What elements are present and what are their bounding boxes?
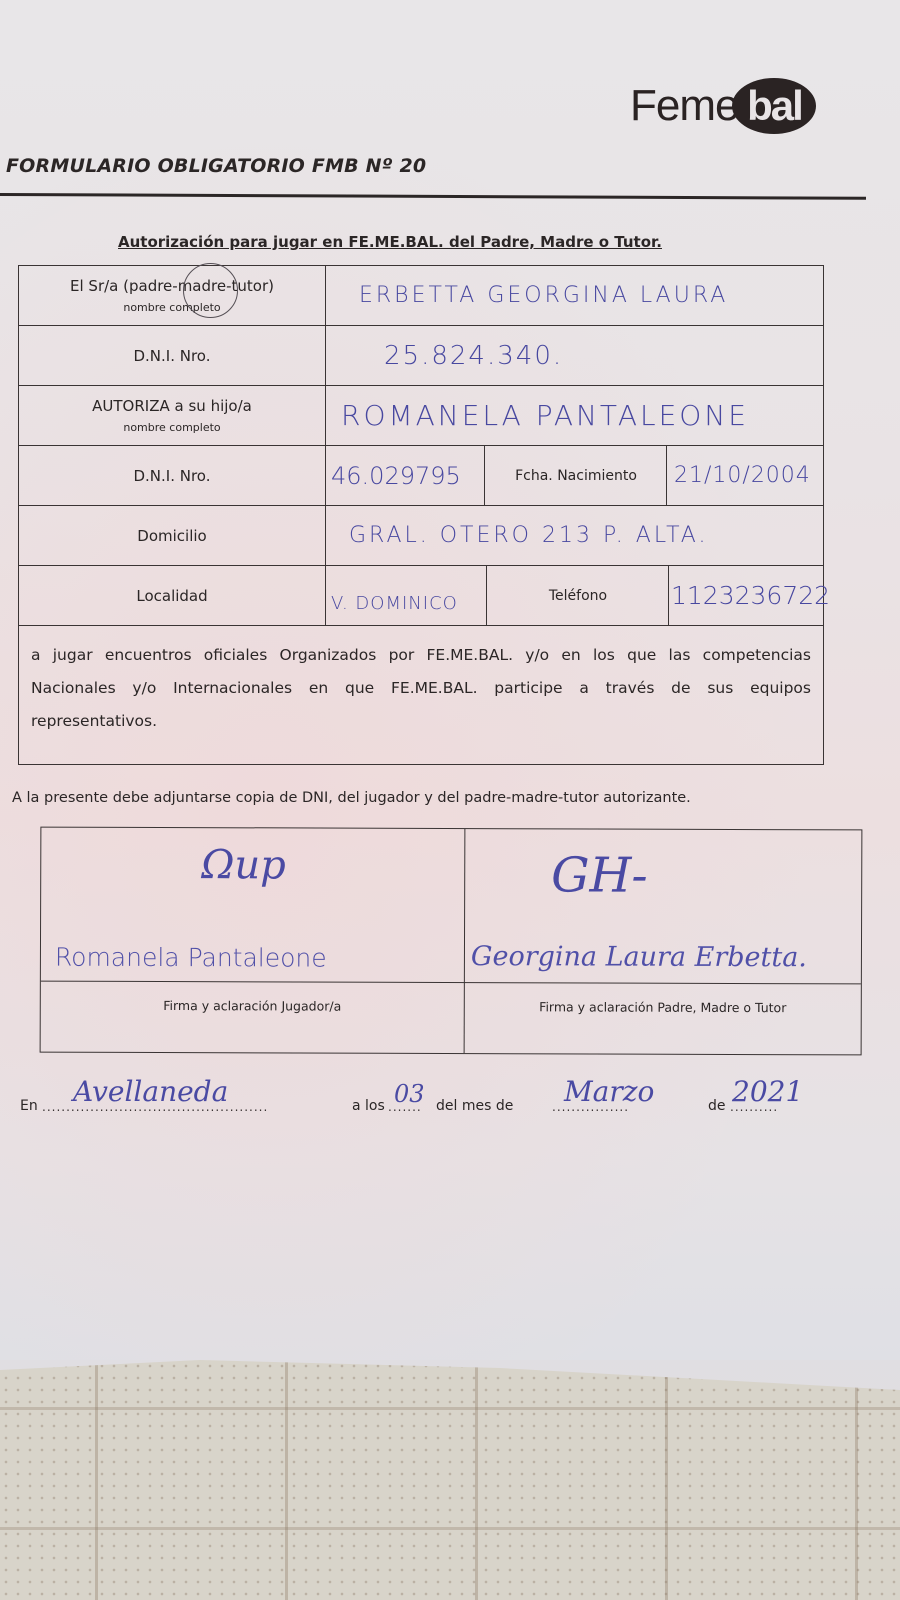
address-field[interactable]: GRAL. OTERO 213 P. ALTA. [349,506,708,565]
address-label: Domicilio [137,527,206,545]
signature-table: Ωup Romanela Pantaleone Firma y aclaraci… [40,827,863,1056]
signature-line [41,981,861,985]
logo-text: Feme [630,81,738,131]
child-dni-label: D.N.I. Nro. [133,467,210,485]
player-signature-caption: Firma y aclaración Jugador/a [41,998,464,1014]
en-label: En [20,1098,38,1114]
attachment-note: A la presente debe adjuntarse copia de D… [12,790,691,806]
birth-date-field[interactable]: 21/10/2004 [674,446,811,505]
form-title: FORMULARIO OBLIGATORIO FMB Nº 20 [6,155,426,177]
femebal-logo: Feme bal [630,78,816,134]
locality-label: Localidad [136,587,207,605]
phone-field[interactable]: 1123236722 [671,566,830,625]
birth-date-label: Fcha. Nacimiento [486,446,666,505]
locality-label-cell: Localidad [19,566,326,625]
authorization-paragraph: a jugar encuentros oficiales Organizados… [31,639,811,738]
day-field[interactable]: 03 [394,1080,425,1108]
cell-divider [486,566,487,625]
address-label-cell: Domicilio [19,506,326,565]
row-child-dni: D.N.I. Nro. 46.029795 Fcha. Nacimiento 2… [19,446,823,506]
place-field[interactable]: Avellaneda [73,1075,228,1108]
row-locality: Localidad V. DOMINICO Teléfono 112323672… [19,566,823,626]
guardian-dni-label: D.N.I. Nro. [133,347,210,365]
de-label: de [708,1098,726,1114]
cell-divider [668,566,669,625]
child-name-field[interactable]: ROMANELA PANTALEONE [341,386,749,445]
guardian-dni-label-cell: D.N.I. Nro. [19,326,326,385]
child-dni-label-cell: D.N.I. Nro. [19,446,326,505]
tablecloth-background [0,1360,900,1600]
child-name-label: AUTORIZA a su hijo/a [92,397,252,415]
row-child-name: AUTORIZA a su hijo/a nombre completo ROM… [19,386,823,446]
year-field[interactable]: 2021 [732,1075,803,1108]
a-los-label: a los [352,1098,385,1114]
row-guardian-dni: D.N.I. Nro. 25.824.340. [19,326,823,386]
form-subtitle: Autorización para jugar en FE.ME.BAL. de… [118,233,662,251]
month-field[interactable]: Marzo [564,1075,654,1108]
row-address: Domicilio GRAL. OTERO 213 P. ALTA. [19,506,823,566]
guardian-name-label: El Sr/a (padre-madre-tutor) [70,277,274,295]
guardian-name-label-cell: El Sr/a (padre-madre-tutor) nombre compl… [19,266,326,325]
guardian-printed-name[interactable]: Georgina Laura Erbetta. [471,941,807,973]
guardian-signature-caption: Firma y aclaración Padre, Madre o Tutor [464,999,862,1015]
guardian-signature[interactable]: GH- [551,847,648,903]
child-dni-field[interactable]: 46.029795 [331,446,461,505]
player-printed-name[interactable]: Romanela Pantaleone [55,943,327,973]
cell-divider [666,446,667,505]
phone-label: Teléfono [488,566,668,625]
guardian-dni-field[interactable]: 25.824.340. [384,326,563,385]
row-guardian-name: El Sr/a (padre-madre-tutor) nombre compl… [19,266,823,326]
madre-circled-mark [183,263,238,318]
child-name-sublabel: nombre completo [123,421,220,434]
signature-divider [464,829,466,1053]
locality-field[interactable]: V. DOMINICO [331,574,458,633]
mes-label: del mes de [436,1098,513,1114]
guardian-name-field[interactable]: ERBETTA GEORGINA LAURA [359,266,728,325]
child-name-label-cell: AUTORIZA a su hijo/a nombre completo [19,386,326,445]
authorization-table: El Sr/a (padre-madre-tutor) nombre compl… [18,265,824,765]
player-signature[interactable]: Ωup [201,842,286,888]
place-date-line: En .....................................… [18,1080,838,1120]
logo-ball-icon: bal [732,78,816,134]
cell-divider [484,446,485,505]
